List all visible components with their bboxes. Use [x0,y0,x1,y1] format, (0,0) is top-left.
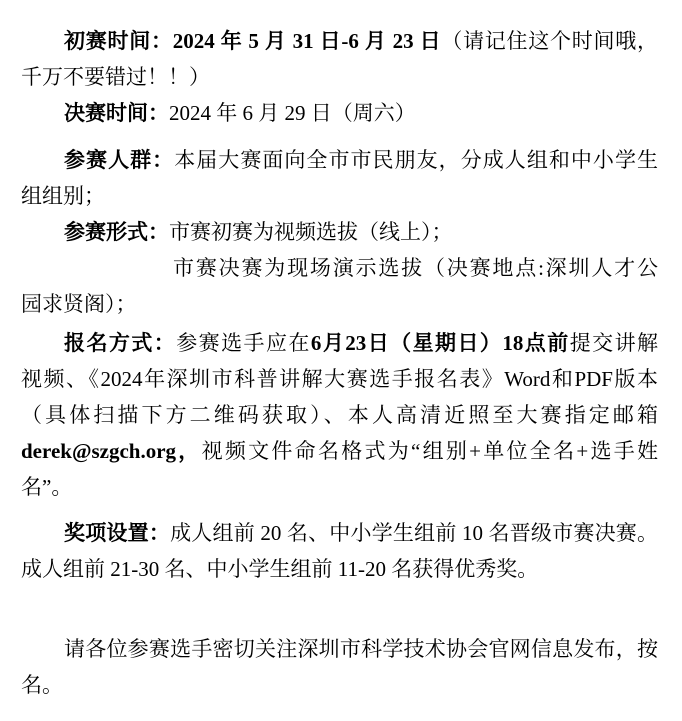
text-line: derek@szgch.org，视频文件命名格式为“组别+单位全名+选手姓 [21,433,658,469]
registration-label-run: 报名方式： [64,331,176,355]
text-line: 名。 [21,667,658,703]
text-line: 决赛时间：2024 年 6 月 29 日（周六） [21,95,658,131]
text-run: 提交讲解 [570,331,658,355]
format-label-run: 参赛形式： [64,220,169,244]
text-line: 报名方式：参赛选手应在6月23日（星期日）18点前提交讲解 [21,325,658,361]
text-line: 视频、《2024年深圳市科普讲解大赛选手报名表》Word和PDF版本 [21,361,658,397]
text-run: （请记住这个时间哦， [441,29,658,53]
text-run: 市赛决赛为现场演示选拔（决赛地点:深圳人才公 [173,256,658,280]
text-line: 成人组前 21-30 名、中小学生组前 11-20 名获得优秀奖。 [21,551,658,587]
text-line: 初赛时间：2024 年 5 月 31 日-6 月 23 日（请记住这个时间哦， [21,23,658,59]
text-run: 组组别； [21,184,105,208]
text-run: 名”。 [21,475,72,499]
text-line: 请各位参赛选手密切关注深圳市科学技术协会官网信息发布，按要求报 [21,631,658,667]
text-line: 参赛人群：本届大赛面向全市市民朋友，分成人组和中小学生 [21,142,658,178]
paragraph-registration-method: 报名方式：参赛选手应在6月23日（星期日）18点前提交讲解 视频、《2024年深… [21,325,658,505]
paragraph-notice: 请各位参赛选手密切关注深圳市科学技术协会官网信息发布，按要求报 名。 [21,631,658,703]
text-line: 市赛决赛为现场演示选拔（决赛地点:深圳人才公 [21,250,658,286]
preliminary-time-label-run: 初赛时间：2024 年 5 月 31 日-6 月 23 日 [64,29,441,53]
text-run: 成人组前 20 名、中小学生组前 10 名晋级市赛决赛。 [170,521,658,545]
text-run: 名。 [21,673,63,697]
deadline-run: 6月23日（星期日）18点前 [311,331,570,355]
text-run: 请各位参赛选手密切关注深圳市科学技术协会官网信息发布，按要求报 [21,637,658,667]
awards-label-run: 奖项设置： [64,521,170,545]
text-run: 视频文件命名格式为“组别+单位全名+选手姓 [202,439,658,463]
text-line: 园求贤阁）； [21,286,658,322]
participants-label-run: 参赛人群： [64,148,174,172]
text-line: 参赛形式：市赛初赛为视频选拔（线上）； [21,214,658,250]
text-run: 市赛初赛为视频选拔（线上）； [169,220,453,244]
text-run: 视频、《2024年深圳市科普讲解大赛选手报名表》Word和PDF版本 [21,367,658,391]
text-run: 本届大赛面向全市市民朋友，分成人组和中小学生 [174,148,658,172]
text-line: 奖项设置：成人组前 20 名、中小学生组前 10 名晋级市赛决赛。 [21,515,658,551]
text-run: 2024 年 6 月 29 日（周六） [169,101,416,125]
paragraph-awards: 奖项设置：成人组前 20 名、中小学生组前 10 名晋级市赛决赛。 成人组前 2… [21,515,658,587]
text-line: 组组别； [21,178,658,214]
paragraph-preliminary-round-time: 初赛时间：2024 年 5 月 31 日-6 月 23 日（请记住这个时间哦， … [21,23,658,95]
paragraph-participants: 参赛人群：本届大赛面向全市市民朋友，分成人组和中小学生 组组别； [21,142,658,214]
text-line: 名”。 [21,469,658,505]
text-run: 参赛选手应在 [176,331,311,355]
text-run: 千万不要错过！！） [21,65,210,89]
text-run: 成人组前 21-30 名、中小学生组前 11-20 名获得优秀奖。 [21,557,538,581]
text-line: 千万不要错过！！） [21,59,658,95]
registration-email-run: derek@szgch.org， [21,439,202,463]
final-time-label-run: 决赛时间： [64,101,169,125]
text-run: （具体扫描下方二维码获取）、本人高清近照至大赛指定邮箱 [21,403,658,427]
document-page: 初赛时间：2024 年 5 月 31 日-6 月 23 日（请记住这个时间哦， … [0,0,682,721]
paragraph-final-round-time: 决赛时间：2024 年 6 月 29 日（周六） [21,95,658,131]
text-line: （具体扫描下方二维码获取）、本人高清近照至大赛指定邮箱 [21,397,658,433]
text-run: 园求贤阁）； [21,292,137,316]
paragraph-competition-format: 参赛形式：市赛初赛为视频选拔（线上）； 市赛决赛为现场演示选拔（决赛地点:深圳人… [21,214,658,322]
